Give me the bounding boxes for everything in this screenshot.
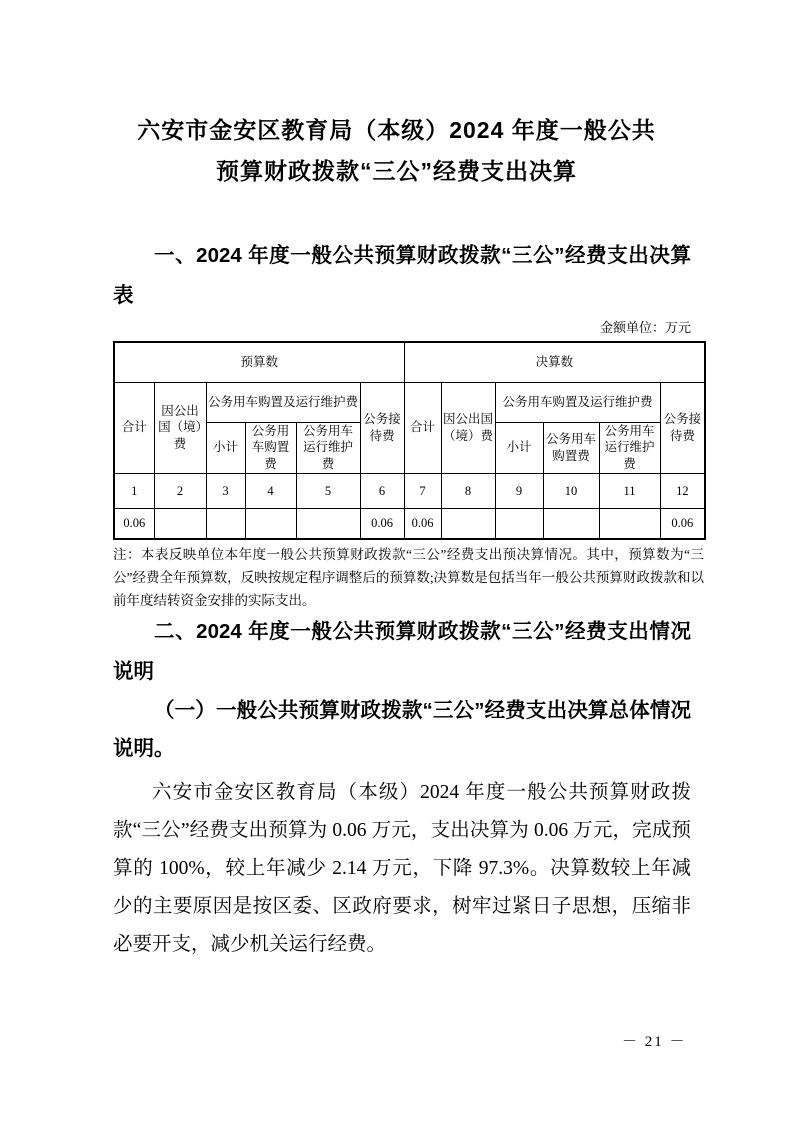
value-final-subtotal bbox=[495, 509, 543, 539]
value-final-abroad bbox=[441, 509, 495, 539]
section1-heading: 一、2024 年度一般公共预算财政拨款“三公”经费支出决算表 bbox=[113, 236, 691, 316]
sangong-expense-table: 预算数 决算数 合计 因公出国（境）费 公务用车购置及运行维护费 公务接待费 合… bbox=[113, 341, 706, 540]
column-number: 10 bbox=[543, 474, 599, 509]
header-final-vehicle: 公务用车购置及运行维护费 bbox=[495, 382, 660, 422]
value-budget-purchase bbox=[245, 509, 296, 539]
header-final-purchase: 公务用车购置费 bbox=[543, 422, 599, 474]
column-number: 11 bbox=[599, 474, 660, 509]
column-number: 1 bbox=[114, 474, 154, 509]
header-budget-vehicle: 公务用车购置及运行维护费 bbox=[206, 382, 360, 422]
document-title-line1: 六安市金安区教育局（本级）2024 年度一般公共 bbox=[101, 110, 692, 151]
column-number: 6 bbox=[360, 474, 404, 509]
column-number: 3 bbox=[206, 474, 245, 509]
value-budget-subtotal bbox=[206, 509, 245, 539]
table-header-row-upper: 合计 因公出国（境）费 公务用车购置及运行维护费 公务接待费 合计 因公出国（境… bbox=[114, 382, 705, 422]
header-final-abroad: 因公出国（境）费 bbox=[441, 382, 495, 474]
column-number: 8 bbox=[441, 474, 495, 509]
column-number: 2 bbox=[154, 474, 206, 509]
header-final-reception: 公务接待费 bbox=[660, 382, 705, 474]
group-header-budget: 预算数 bbox=[114, 342, 404, 382]
value-budget-abroad bbox=[154, 509, 206, 539]
header-budget-reception: 公务接待费 bbox=[360, 382, 404, 474]
table-note: 注：本表反映单位本年度一般公共预算财政拨款“三公”经费支出预决算情况。其中，预算… bbox=[113, 543, 704, 612]
group-header-final: 决算数 bbox=[404, 342, 705, 382]
header-budget-maintenance: 公务用车运行维护费 bbox=[296, 422, 360, 474]
document-title: 六安市金安区教育局（本级）2024 年度一般公共 预算财政拨款“三公”经费支出决… bbox=[101, 110, 692, 192]
header-final-subtotal: 小计 bbox=[495, 422, 543, 474]
document-title-line2: 预算财政拨款“三公”经费支出决算 bbox=[101, 151, 692, 192]
column-number: 7 bbox=[404, 474, 441, 509]
header-budget-purchase: 公务用车购置费 bbox=[245, 422, 296, 474]
column-number: 5 bbox=[296, 474, 360, 509]
section2-paragraph: 六安市金安区教育局（本级）2024 年度一般公共预算财政拨款“三公”经费支出预算… bbox=[113, 774, 691, 964]
column-number-row: 1 2 3 4 5 6 7 8 9 10 11 12 bbox=[114, 474, 705, 509]
document-content: 六安市金安区教育局（本级）2024 年度一般公共 预算财政拨款“三公”经费支出决… bbox=[113, 0, 704, 964]
header-final-maintenance: 公务用车运行维护费 bbox=[599, 422, 660, 474]
column-number: 4 bbox=[245, 474, 296, 509]
page-number: － 21 － bbox=[622, 1030, 687, 1051]
value-budget-maintenance bbox=[296, 509, 360, 539]
value-final-reception: 0.06 bbox=[660, 509, 705, 539]
amount-unit-label: 金额单位：万元 bbox=[113, 318, 691, 338]
value-budget-total: 0.06 bbox=[114, 509, 154, 539]
document-page: 六安市金安区教育局（本级）2024 年度一般公共 预算财政拨款“三公”经费支出决… bbox=[0, 0, 793, 1122]
table-group-header-row: 预算数 决算数 bbox=[114, 342, 705, 382]
header-budget-total: 合计 bbox=[114, 382, 154, 474]
value-final-maintenance bbox=[599, 509, 660, 539]
header-budget-subtotal: 小计 bbox=[206, 422, 245, 474]
header-budget-abroad: 因公出国（境）费 bbox=[154, 382, 206, 474]
value-row: 0.06 0.06 0.06 0.06 bbox=[114, 509, 705, 539]
column-number: 12 bbox=[660, 474, 705, 509]
column-number: 9 bbox=[495, 474, 543, 509]
header-final-total: 合计 bbox=[404, 382, 441, 474]
section2-heading: 二、2024 年度一般公共预算财政拨款“三公”经费支出情况说明 bbox=[113, 612, 691, 692]
value-budget-reception: 0.06 bbox=[360, 509, 404, 539]
section2-subheading: （一）一般公共预算财政拨款“三公”经费支出决算总体情况说明。 bbox=[113, 692, 691, 768]
value-final-total: 0.06 bbox=[404, 509, 441, 539]
value-final-purchase bbox=[543, 509, 599, 539]
